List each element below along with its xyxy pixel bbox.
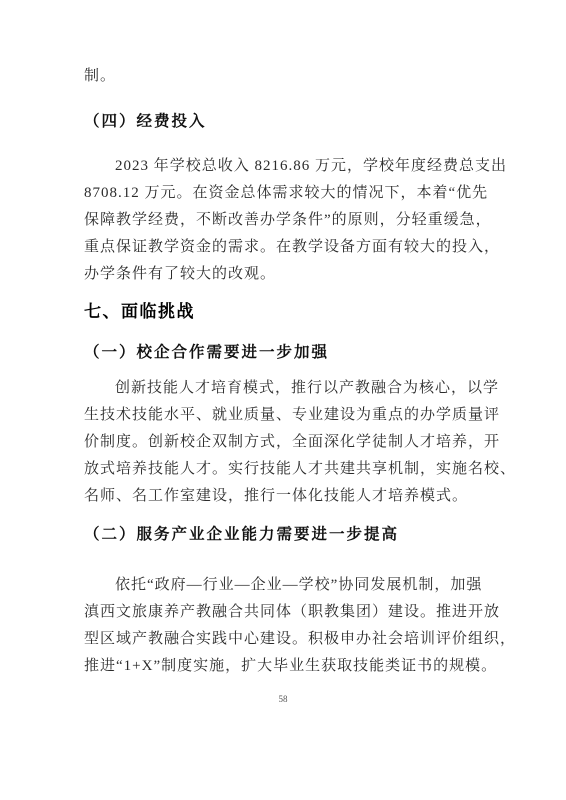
text-line: 放式培养技能人才。实行技能人才共建共享机制，实施名校、 xyxy=(84,456,482,483)
text-line: 型区域产教融合实践中心建设。积极申办社会培训评价组织， xyxy=(84,626,482,653)
text-line: 滇西文旅康养产教融合共同体（职教集团）建设。推进开放 xyxy=(84,599,482,626)
section-heading-funding: （四）经费投入 xyxy=(84,108,482,135)
document-page: 制。 （四）经费投入 2023 年学校总收入 8216.86 万元，学校年度经费… xyxy=(0,0,566,800)
chapter-heading-challenges: 七、面临挑战 xyxy=(84,298,482,325)
text-line: 生技术技能水平、就业质量、专业建设为重点的办学质量评 xyxy=(84,402,482,429)
text-line: 创新技能人才培育模式，推行以产教融合为核心，以学 xyxy=(84,375,482,402)
paragraph-funding: 2023 年学校总收入 8216.86 万元，学校年度经费总支出8708.12 … xyxy=(84,153,482,288)
text-line: 办学条件有了较大的改观。 xyxy=(84,261,482,288)
section-heading-challenge2: （二）服务产业企业能力需要进一步提高 xyxy=(84,521,482,548)
text-line: 名师、名工作室建设，推行一体化技能人才培养模式。 xyxy=(84,483,482,510)
text-line: 依托“政府—行业—企业—学校”协同发展机制，加强 xyxy=(84,572,482,599)
paragraph-challenge1: 创新技能人才培育模式，推行以产教融合为核心，以学生技术技能水平、就业质量、专业建… xyxy=(84,375,482,510)
paragraph-challenge2: 依托“政府—行业—企业—学校”协同发展机制，加强滇西文旅康养产教融合共同体（职教… xyxy=(84,572,482,680)
text-line: 价制度。创新校企双制方式，全面深化学徒制人才培养，开 xyxy=(84,429,482,456)
continuation-line: 制。 xyxy=(84,63,482,90)
text-line: 保障教学经费，不断改善办学条件”的原则，分轻重缓急， xyxy=(84,207,482,234)
text-line: 推进“1+X”制度实施，扩大毕业生获取技能类证书的规模。 xyxy=(84,653,482,680)
section-heading-challenge1: （一）校企合作需要进一步加强 xyxy=(84,339,482,366)
text-line: 2023 年学校总收入 8216.86 万元，学校年度经费总支出 xyxy=(84,153,482,180)
text-line: 重点保证教学资金的需求。在教学设备方面有较大的投入， xyxy=(84,234,482,261)
page-number: 58 xyxy=(84,692,482,706)
text-line: 8708.12 万元。在资金总体需求较大的情况下，本着“优先 xyxy=(84,180,482,207)
